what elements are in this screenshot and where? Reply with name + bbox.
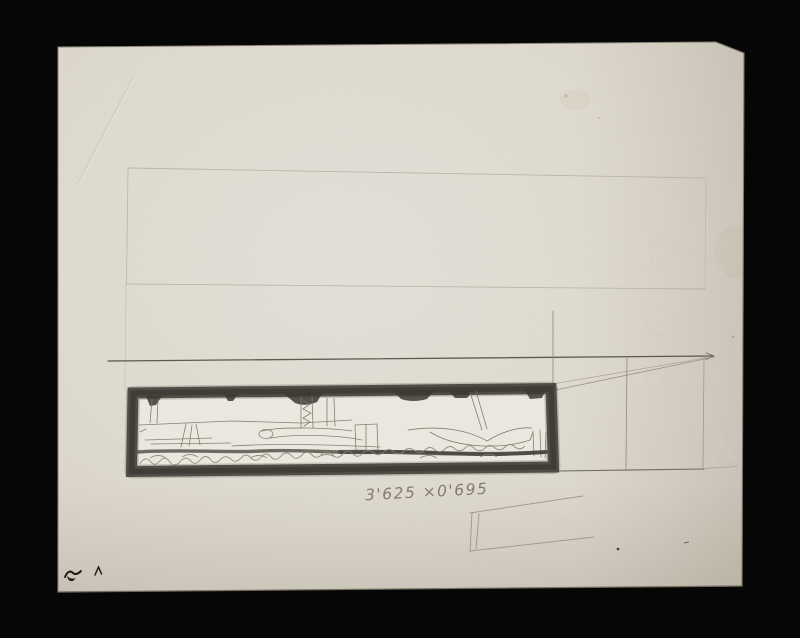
verso-letter: X: [694, 231, 732, 285]
verso-letter: A: [698, 423, 734, 472]
verso-letter: G: [639, 360, 674, 408]
paper-grain-texture: [58, 42, 744, 592]
verso-letter: G: [637, 423, 671, 470]
ledge-band-dark-segment: [340, 452, 546, 454]
stain-spot: [560, 90, 590, 110]
graphite-speck: [617, 548, 620, 551]
artwork-photo: C G G G E X T 5 A: [0, 0, 800, 638]
verso-letter: 5: [705, 358, 731, 409]
stain-speck: [598, 117, 600, 119]
verso-letter: G: [644, 298, 677, 345]
photograph-backdrop: C G G G E X T 5 A: [0, 0, 800, 638]
drawing-sheet: [58, 42, 744, 592]
verso-letter: T: [693, 296, 727, 348]
stain-speck: [732, 336, 735, 339]
verso-letter: C: [646, 230, 676, 274]
stain-speck: [565, 95, 568, 98]
verso-letter: E: [688, 175, 721, 224]
frieze-panel-sketch: [132, 389, 554, 472]
